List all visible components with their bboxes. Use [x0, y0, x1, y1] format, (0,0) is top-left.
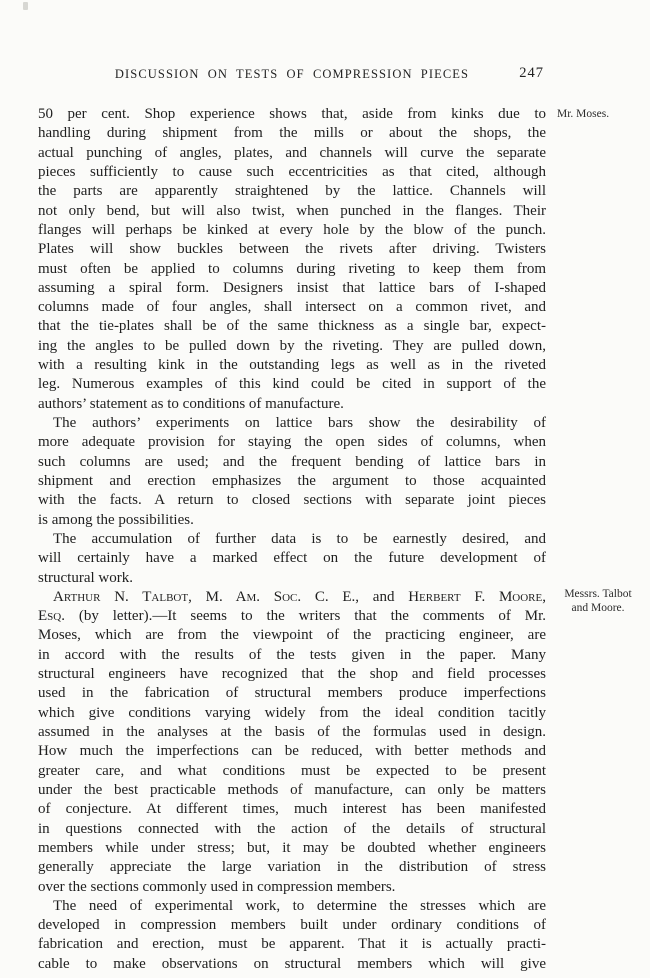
margin-note-talbot-moore: Messrs. Talbot and Moore.: [548, 588, 648, 615]
page-number: 247: [470, 65, 544, 82]
text-line: that the tie-plates shall be of the same…: [38, 317, 546, 336]
scan-artifact-smudge: [23, 2, 28, 10]
text-line: The need of experimental work, to determ…: [38, 897, 546, 916]
text-line: handling during shipment from the mills …: [38, 124, 546, 143]
text-line: The accumulation of further data is to b…: [38, 530, 546, 549]
text-line: assuming a spiral form. Designers insist…: [38, 279, 546, 298]
text-line: is among the possibilities.: [38, 511, 546, 530]
text-line: not only bend, but will also twist, when…: [38, 202, 546, 221]
author-name-talbot: Arthur N. Talbot, M. Am. Soc. C. E.,: [53, 589, 359, 605]
text-line: leg. Numerous examples of this kind coul…: [38, 375, 546, 394]
paragraph-lattice-bars: The authors’ experiments on lattice bars…: [38, 414, 546, 530]
text-line: with the facts. A return to closed secti…: [38, 491, 546, 510]
text-line: more adequate provision for staying the …: [38, 433, 546, 452]
text-line: columns made of four angles, shall inter…: [38, 298, 546, 317]
scanned-book-page: DISCUSSION ON TESTS OF COMPRESSION PIECE…: [0, 0, 650, 978]
text-line: structural work.: [38, 569, 546, 588]
text-line: generally appreciate the large variation…: [38, 858, 546, 877]
text-line: Esq. (by letter).—It seems to the writer…: [38, 607, 546, 626]
text-line: over the sections commonly used in compr…: [38, 878, 546, 897]
text-line: assumed in the analyses at the basis of …: [38, 723, 546, 742]
text-line: the parts are apparently straightened by…: [38, 182, 546, 201]
text-line: with a resulting kink in the outstanding…: [38, 356, 546, 375]
text-line: which give conditions varying widely fro…: [38, 704, 546, 723]
text-line: shipment and erection emphasizes the arg…: [38, 472, 546, 491]
text-line: structural engineers have recognized tha…: [38, 665, 546, 684]
text-line: in questions connected with the action o…: [38, 820, 546, 839]
body-text-column: 50 per cent. Shop experience shows that,…: [38, 105, 546, 974]
margin-note-line: Messrs. Talbot: [548, 588, 648, 602]
text-line: members while under stress; but, it may …: [38, 839, 546, 858]
text-line: fabrication and erection, must be appare…: [38, 935, 546, 954]
text-line: of conjecture. At different times, much …: [38, 800, 546, 819]
paragraph-moses-continuation: 50 per cent. Shop experience shows that,…: [38, 105, 546, 414]
paragraph-accumulation: The accumulation of further data is to b…: [38, 530, 546, 588]
margin-note-moses: Mr. Moses.: [557, 108, 649, 122]
text-line: developed in compression members built u…: [38, 916, 546, 935]
text-line: such columns are used; and the frequent …: [38, 453, 546, 472]
text-line: will certainly have a marked effect on t…: [38, 549, 546, 568]
text-line: The authors’ experiments on lattice bars…: [38, 414, 546, 433]
text-line: greater care, and what conditions must b…: [38, 762, 546, 781]
esquire-abbrev: Esq.: [38, 608, 65, 624]
text-line: authors’ statement as to conditions of m…: [38, 395, 546, 414]
text-line: Plates will show buckles between the riv…: [38, 240, 546, 259]
text-line: pieces sufficiently to cause such eccent…: [38, 163, 546, 182]
text-line: How much the imperfections can be reduce…: [38, 742, 546, 761]
text-line: flanges will perhaps be kinked at every …: [38, 221, 546, 240]
text-line: in accord with the results of the tests …: [38, 646, 546, 665]
paragraph-talbot-moore-body: Moses, which are from the viewpoint of t…: [38, 626, 546, 896]
text-line: Arthur N. Talbot, M. Am. Soc. C. E., and…: [38, 588, 546, 607]
margin-note-line: and Moore.: [548, 602, 648, 616]
paragraph-talbot-moore: Arthur N. Talbot, M. Am. Soc. C. E., and…: [38, 588, 546, 897]
text-line: Moses, which are from the viewpoint of t…: [38, 626, 546, 645]
text-line: 50 per cent. Shop experience shows that,…: [38, 105, 546, 124]
text-line: actual punching of angles, plates, and c…: [38, 144, 546, 163]
letter-intro-text: (by letter).—It seems to the writers tha…: [65, 608, 546, 624]
paragraph-experimental-need: The need of experimental work, to determ…: [38, 897, 546, 974]
text-line: cable to make observations on structural…: [38, 955, 546, 974]
text-line: under the best practicable methods of ma…: [38, 781, 546, 800]
conjunction: and: [359, 589, 408, 605]
text-line: must often be applied to columns during …: [38, 260, 546, 279]
text-line: ing the angles to be pulled down by the …: [38, 337, 546, 356]
text-line: used in the fabrication of structural me…: [38, 684, 546, 703]
author-name-moore: Herbert F. Moore,: [408, 589, 546, 605]
